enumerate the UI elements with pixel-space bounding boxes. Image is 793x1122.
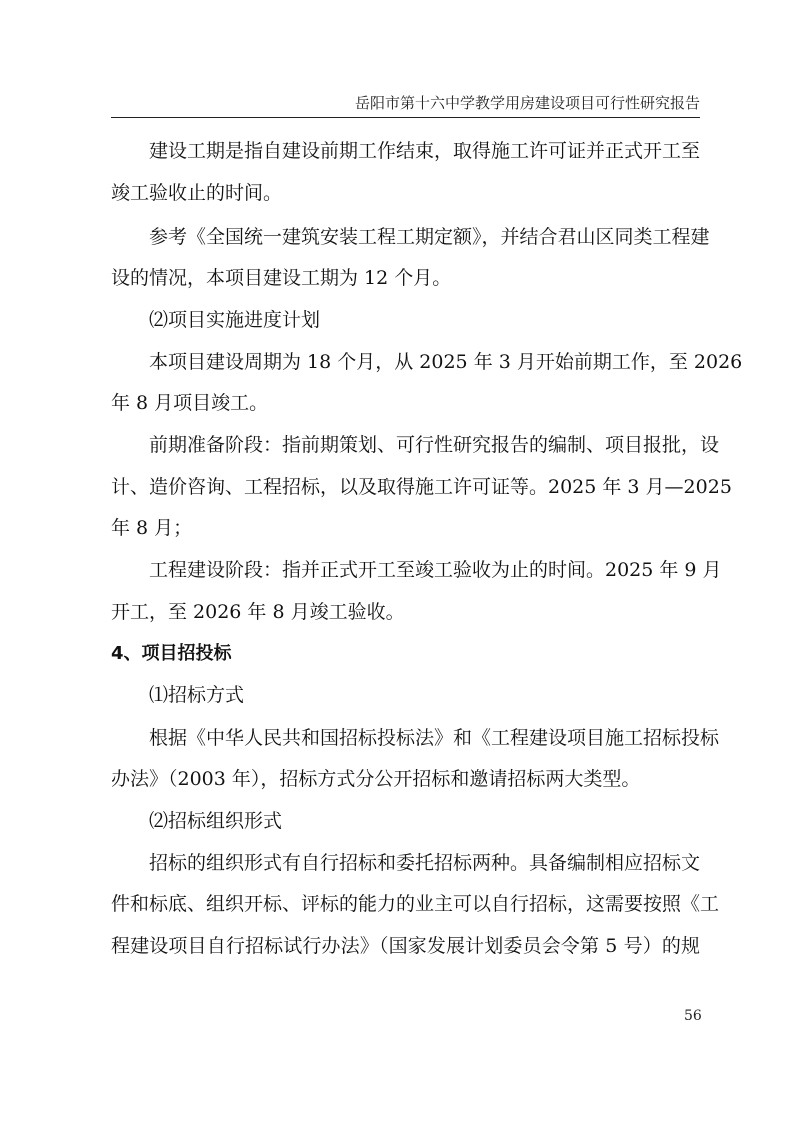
paragraph-line: 工程建设阶段：指并正式开工至竣工验收为止的时间。2025 年 9 月 [111, 558, 700, 582]
paragraph-line: 件和标底、组织开标、评标的能力的业主可以自行招标，这需要按照《工 [111, 892, 700, 916]
paragraph-line: 开工，至 2026 年 8 月竣工验收。 [111, 600, 700, 624]
paragraph-line: 招标的组织形式有自行招标和委托招标两种。具备编制相应招标文 [111, 851, 700, 875]
paragraph-line: 计、造价咨询、工程招标，以及取得施工许可证等。2025 年 3 月—2025 [111, 475, 700, 499]
paragraph-line: 年 8 月项目竣工。 [111, 391, 700, 415]
paragraph-line: 年 8 月； [111, 516, 700, 540]
paragraph-line: 前期准备阶段：指前期策划、可行性研究报告的编制、项目报批，设 [111, 433, 700, 457]
paragraph-line: 本项目建设周期为 18 个月，从 2025 年 3 月开始前期工作，至 2026 [111, 350, 700, 374]
section-heading: 4、项目招投标 [111, 642, 700, 666]
paragraph-line: 参考《全国统一建筑安装工程工期定额》，并结合君山区同类工程建 [111, 225, 700, 249]
subsection-title: ⑵招标组织形式 [111, 809, 700, 833]
header-divider [111, 117, 700, 118]
paragraph-line: 竣工验收止的时间。 [111, 181, 700, 205]
paragraph-line: 建设工期是指自建设前期工作结束，取得施工许可证并正式开工至 [111, 139, 700, 163]
paragraph-line: 办法》（2003 年），招标方式分公开招标和邀请招标两大类型。 [111, 767, 700, 791]
running-header-title: 岳阳市第十六中学教学用房建设项目可行性研究报告 [355, 94, 700, 112]
page-number: 56 [684, 1008, 702, 1024]
paragraph-line: 程建设项目自行招标试行办法》（国家发展计划委员会令第 5 号）的规 [111, 934, 700, 958]
subsection-title: ⑴招标方式 [111, 683, 700, 707]
paragraph-line: 根据《中华人民共和国招标投标法》和《工程建设项目施工招标投标 [111, 726, 700, 750]
subsection-title: ⑵项目实施进度计划 [111, 308, 700, 332]
paragraph-line: 设的情况，本项目建设工期为 12 个月。 [111, 266, 700, 290]
